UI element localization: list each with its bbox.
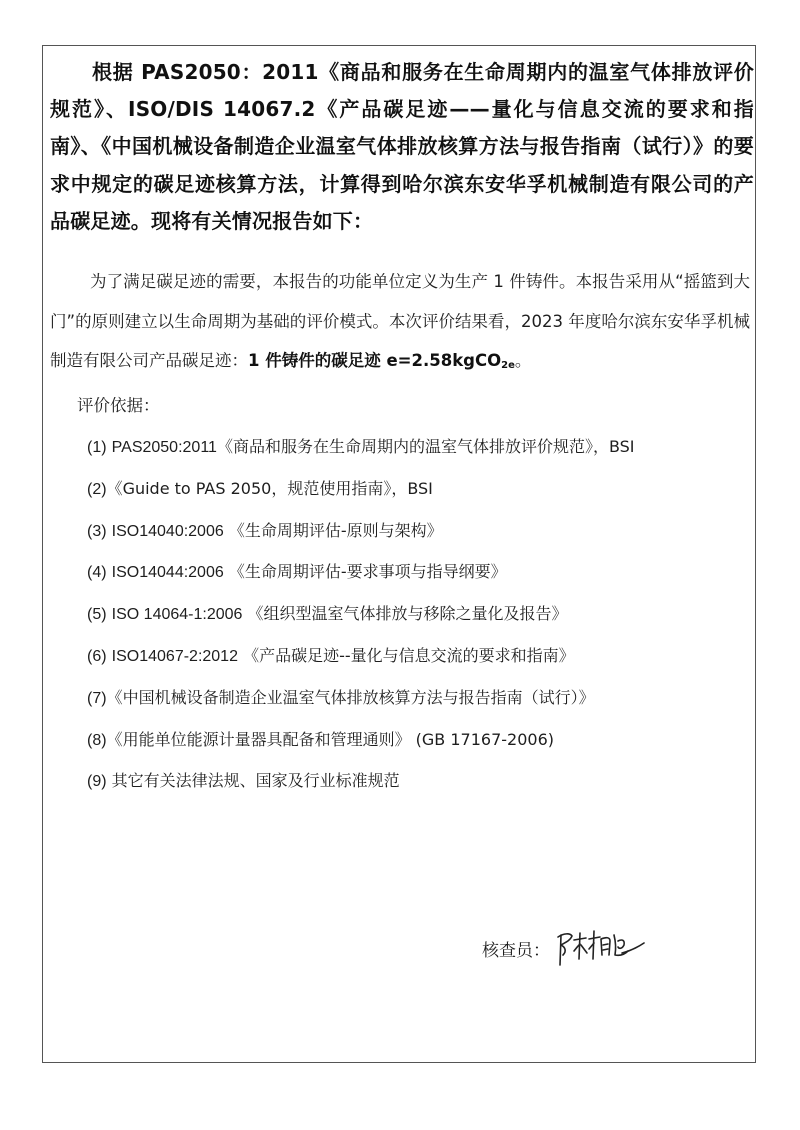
reference-number: (9) [87,773,107,790]
summary-paragraph: 为了满足碳足迹的需要，本报告的功能单位定义为生产 1 件铸件。本报告采用从“摇篮… [50,262,750,381]
reference-item: (3) ISO14040:2006 《生命周期评估-原则与架构》 [87,519,635,561]
summary-period: 。 [515,351,532,370]
handwritten-signature-icon [552,925,652,971]
reference-title: 《商品和服务在生命周期内的温室气体排放评价规范》，BSI [217,437,635,456]
reference-number: (5) [87,606,107,623]
reference-code: ISO 14064-1:2006 [112,606,243,623]
reference-title: 《产品碳足迹--量化与信息交流的要求和指南》 [238,646,575,665]
reference-code: ISO14040:2006 [112,523,224,540]
reference-title: 《生命周期评估-原则与架构》 [224,521,443,540]
reference-code: ISO14044:2006 [112,564,224,581]
reference-number: (3) [87,523,107,540]
reference-title: 《中国机械设备制造企业温室气体排放核算方法与报告指南（试行）》 [107,688,595,707]
basis-heading: 评价依据： [77,394,160,418]
reference-title: 《生命周期评估-要求事项与指导纲要》 [224,562,507,581]
reference-number: (6) [87,648,107,665]
carbon-footprint-result: 1 件铸件的碳足迹 e=2.58kgCO2e [248,351,515,370]
reference-item: (6) ISO14067-2:2012 《产品碳足迹--量化与信息交流的要求和指… [87,644,635,686]
reference-list: (1) PAS2050:2011《商品和服务在生命周期内的温室气体排放评价规范》… [87,435,635,811]
reference-number: (8) [87,732,107,749]
co2e-subscript: 2e [501,360,515,371]
reference-item: (2)《Guide to PAS 2050，规范使用指南》，BSI [87,477,635,519]
reference-code: ISO14067-2:2012 [112,648,238,665]
carbon-footprint-result-text: 1 件铸件的碳足迹 e=2.58kgCO [248,351,501,370]
reference-title: 《Guide to PAS 2050，规范使用指南》，BSI [107,479,433,498]
verifier-label: 核查员： [482,936,550,961]
reference-item: (9) 其它有关法律法规、国家及行业标准规范 [87,769,635,811]
reference-title: 《用能单位能源计量器具配备和管理通则》 (GB 17167-2006) [107,730,554,749]
signature-block: 核查员： [482,928,652,968]
reference-code: PAS2050:2011 [112,439,217,456]
reference-item: (5) ISO 14064-1:2006 《组织型温室气体排放与移除之量化及报告… [87,602,635,644]
reference-title: 《组织型温室气体排放与移除之量化及报告》 [242,604,567,623]
reference-number: (7) [87,690,107,707]
reference-item: (1) PAS2050:2011《商品和服务在生命周期内的温室气体排放评价规范》… [87,435,635,477]
reference-title: 其它有关法律法规、国家及行业标准规范 [107,771,400,790]
reference-number: (1) [87,439,107,456]
reference-item: (7)《中国机械设备制造企业温室气体排放核算方法与报告指南（试行）》 [87,686,635,728]
reference-number: (2) [87,481,107,498]
reference-item: (8)《用能单位能源计量器具配备和管理通则》 (GB 17167-2006) [87,728,635,770]
reference-number: (4) [87,564,107,581]
intro-paragraph: 根据 PAS2050：2011《商品和服务在生命周期内的温室气体排放评价规范》、… [50,54,754,240]
reference-item: (4) ISO14044:2006 《生命周期评估-要求事项与指导纲要》 [87,560,635,602]
